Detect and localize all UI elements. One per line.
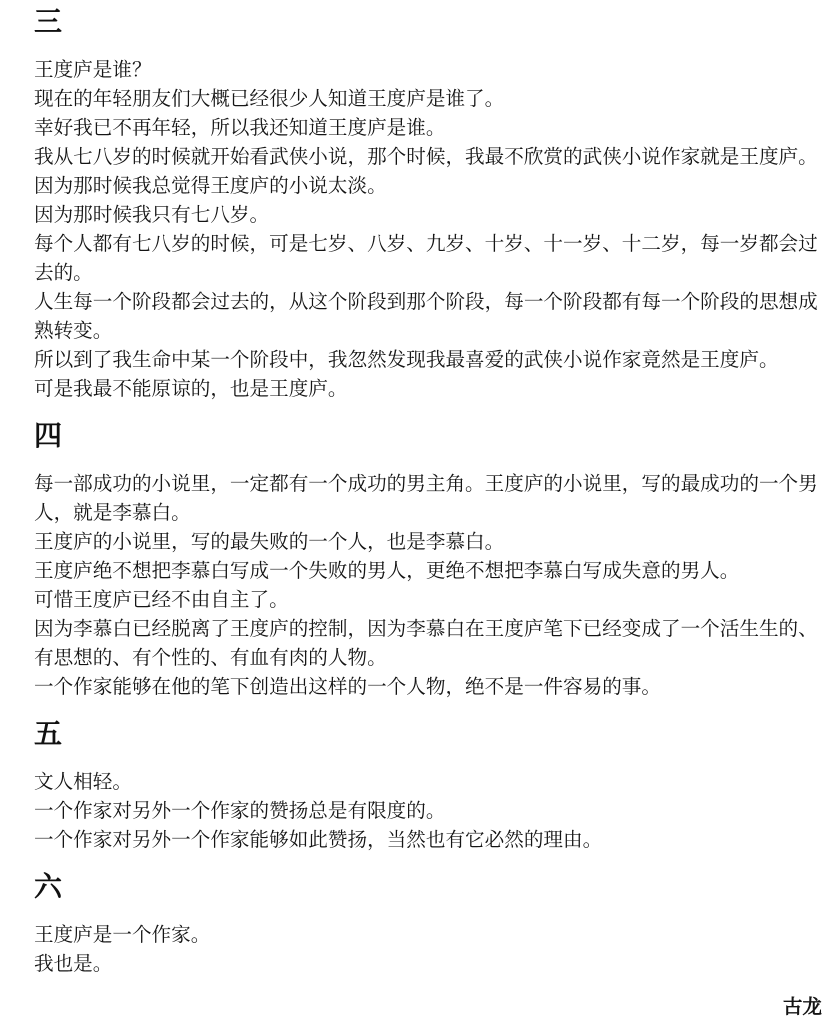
paragraph: 因为李慕白已经脱离了王度庐的控制，因为李慕白在王度庐笔下已经变成了一个活生生的、…	[34, 615, 822, 673]
paragraph: 王度庐的小说里，写的最失败的一个人，也是李慕白。	[34, 528, 822, 557]
paragraph: 人生每一个阶段都会过去的，从这个阶段到那个阶段，每一个阶段都有每一个阶段的思想成…	[34, 288, 822, 346]
paragraph: 因为那时候我只有七八岁。	[34, 201, 822, 230]
essay-section-3: 三 王度庐是谁？ 现在的年轻朋友们大概已经很少人知道王度庐是谁了。 幸好我已不再…	[34, 4, 822, 404]
paragraph: 文人相轻。	[34, 768, 822, 797]
paragraph: 一个作家能够在他的笔下创造出这样的一个人物，绝不是一件容易的事。	[34, 673, 822, 702]
section-heading: 四	[34, 418, 822, 454]
paragraph: 一个作家对另外一个作家能够如此赞扬，当然也有它必然的理由。	[34, 826, 822, 855]
essay-section-4: 四 每一部成功的小说里，一定都有一个成功的男主角。王度庐的小说里，写的最成功的一…	[34, 418, 822, 702]
paragraph: 我也是。	[34, 950, 822, 979]
paragraph: 可是我最不能原谅的，也是王度庐。	[34, 375, 822, 404]
paragraph: 因为那时候我总觉得王度庐的小说太淡。	[34, 172, 822, 201]
section-paragraphs: 文人相轻。 一个作家对另外一个作家的赞扬总是有限度的。 一个作家对另外一个作家能…	[34, 768, 822, 855]
paragraph: 现在的年轻朋友们大概已经很少人知道王度庐是谁了。	[34, 85, 822, 114]
paragraph: 每一部成功的小说里，一定都有一个成功的男主角。王度庐的小说里，写的最成功的一个男…	[34, 470, 822, 528]
section-heading: 五	[34, 716, 822, 752]
paragraph: 我从七八岁的时候就开始看武侠小说，那个时候，我最不欣赏的武侠小说作家就是王度庐。	[34, 143, 822, 172]
paragraph: 幸好我已不再年轻，所以我还知道王度庐是谁。	[34, 114, 822, 143]
section-heading: 三	[34, 4, 822, 40]
essay-section-5: 五 文人相轻。 一个作家对另外一个作家的赞扬总是有限度的。 一个作家对另外一个作…	[34, 716, 822, 855]
paragraph: 王度庐绝不想把李慕白写成一个失败的男人，更绝不想把李慕白写成失意的男人。	[34, 557, 822, 586]
section-paragraphs: 王度庐是谁？ 现在的年轻朋友们大概已经很少人知道王度庐是谁了。 幸好我已不再年轻…	[34, 56, 822, 404]
paragraph: 可惜王度庐已经不由自主了。	[34, 586, 822, 615]
author-signature: 古龙	[34, 993, 822, 1022]
section-heading: 六	[34, 869, 822, 905]
essay-section-6: 六 王度庐是一个作家。 我也是。	[34, 869, 822, 979]
paragraph: 所以到了我生命中某一个阶段中，我忽然发现我最喜爱的武侠小说作家竟然是王度庐。	[34, 346, 822, 375]
paragraph: 王度庐是一个作家。	[34, 921, 822, 950]
paragraph: 王度庐是谁？	[34, 56, 822, 85]
section-paragraphs: 每一部成功的小说里，一定都有一个成功的男主角。王度庐的小说里，写的最成功的一个男…	[34, 470, 822, 702]
essay-page: 三 王度庐是谁？ 现在的年轻朋友们大概已经很少人知道王度庐是谁了。 幸好我已不再…	[0, 0, 830, 1022]
paragraph: 一个作家对另外一个作家的赞扬总是有限度的。	[34, 797, 822, 826]
section-paragraphs: 王度庐是一个作家。 我也是。	[34, 921, 822, 979]
essay-content: 三 王度庐是谁？ 现在的年轻朋友们大概已经很少人知道王度庐是谁了。 幸好我已不再…	[34, 4, 822, 1022]
paragraph: 每个人都有七八岁的时候，可是七岁、八岁、九岁、十岁、十一岁、十二岁，每一岁都会过…	[34, 230, 822, 288]
